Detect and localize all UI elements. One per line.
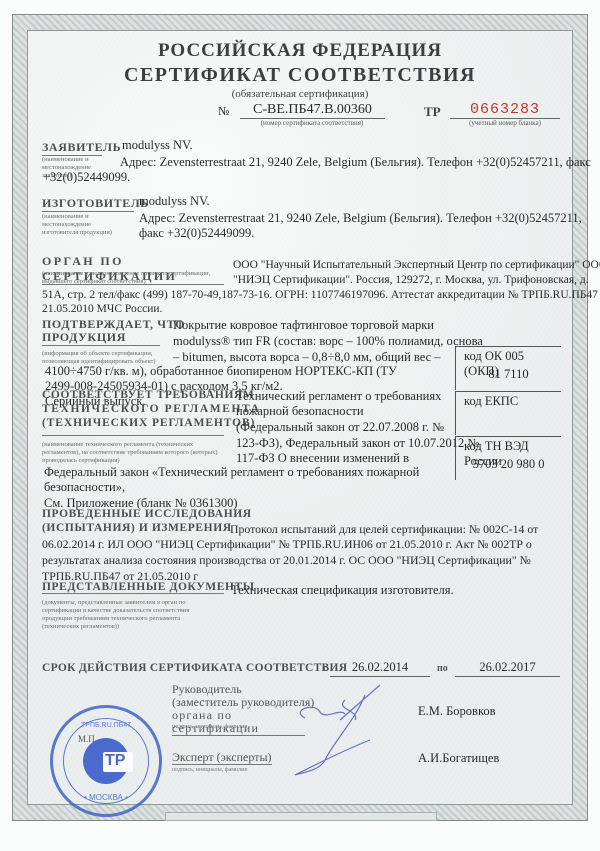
documents-label: ПРЕДСТАВЛЕННЫЕ ДОКУМЕНТЫ	[42, 581, 224, 594]
product-label-2: ПРОДУКЦИЯ	[42, 330, 160, 346]
manufacturer-caption: (наименование и местонахождение изготови…	[42, 213, 122, 237]
signature-icon	[285, 680, 395, 780]
blank-number-caption: (учетный номер бланка)	[450, 119, 560, 127]
cert-body-line1: ООО "Научный Испытательный Экспертный Це…	[233, 258, 600, 274]
bottom-microtext-strip	[165, 812, 437, 821]
stamp-mp-label: М.П.	[78, 734, 97, 744]
documents-value: Техническая спецификация изготовителя.	[231, 583, 454, 599]
stamp-city: • МОСКВА •	[53, 793, 159, 802]
cert-body-caption: (наименование и местонахождение органа п…	[42, 270, 224, 286]
regulation-line1: Технический регламент о требованиях	[236, 389, 441, 405]
validity-to: 26.02.2017	[455, 660, 560, 677]
regulation-line7: безопасности»,	[44, 480, 125, 496]
tests-label-2: (ИСПЫТАНИЯ) И ИЗМЕРЕНИЯ	[42, 522, 232, 534]
documents-caption: (документы, представленные заявителем в …	[42, 599, 207, 631]
applicant-label: ЗАЯВИТЕЛЬ	[42, 140, 102, 156]
country-title: РОССИЙСКАЯ ФЕДЕРАЦИЯ	[0, 40, 600, 62]
validity-from-label: с	[323, 663, 327, 674]
cert-body-line2: "НИЭЦ Сертификации". Россия, 129272, г. …	[233, 273, 589, 289]
validity-to-label: по	[437, 663, 448, 674]
certification-stamp: ТРПБ.RU.ПБ47 ТР • МОСКВА •	[50, 705, 162, 817]
number-sign: №	[218, 104, 229, 119]
stamp-logo-text: ТР	[105, 752, 125, 770]
certificate-number-caption: (номер сертификата соответствия)	[232, 119, 392, 127]
head-caption: подпись, инициалы, фамилия	[172, 724, 247, 730]
product-line2: modulyss® тип FR (состав: ворс – 100% по…	[173, 334, 483, 350]
manufacturer-address: Адрес: Zevensterrestraat 21, 9240 Zele, …	[139, 211, 582, 227]
regulation-caption: (наименование технического регламента (т…	[42, 441, 222, 465]
expert-name: А.И.Богатищев	[418, 751, 499, 767]
regulation-label-2: ТЕХНИЧЕСКОГО РЕГЛАМЕНТА	[42, 403, 261, 415]
certificate-title: СЕРТИФИКАТ СООТВЕТСТВИЯ	[0, 64, 600, 87]
regulation-label-3: (ТЕХНИЧЕСКИХ РЕГЛАМЕНТОВ)	[42, 417, 224, 436]
manufacturer-address-cont: факс +32(0)52449099.	[139, 226, 254, 242]
expert-label: Эксперт (эксперты)	[172, 751, 272, 765]
ekps-code-label: код ЕКПС	[464, 394, 518, 409]
product-line1: Покрытие ковровое тафтинговое торговой м…	[173, 318, 434, 334]
tests-line2: 06.02.2014 г. ИЛ ООО "НИЭЦ Сертификации"…	[42, 537, 532, 553]
tests-line3: результатах анализа состояния производст…	[42, 553, 531, 569]
certificate-subtitle: (обязательная сертификация)	[0, 88, 600, 100]
regulation-line3: (Федеральный закон от 22.07.2008 г. №	[236, 420, 444, 436]
cert-body-line4: 21.05.2010 МЧС России.	[42, 302, 162, 318]
tests-line1: Протокол испытаний для целей сертификаци…	[230, 522, 538, 538]
ekps-code-box: код ЕКПС	[455, 391, 561, 435]
expert-caption: подпись, инициалы, фамилия	[172, 767, 247, 773]
regulation-line6: Федеральный закон «Технический регламент…	[44, 465, 419, 481]
validity-from: 26.02.2014	[330, 660, 430, 677]
certificate-number: С-BE.ПБ47.В.00360	[240, 102, 385, 119]
product-line4: 4100÷4750 г/кв. м), обработанное биопире…	[45, 364, 397, 380]
tnved-code-value: 5703 20 980 0	[456, 457, 561, 472]
applicant-address: Адрес: Zevensterrestraat 21, 9240 Zele, …	[120, 155, 591, 171]
stamp-registry: ТРПБ.RU.ПБ47	[53, 722, 159, 729]
regulation-label-1: СООТВЕТСТВУЕТ ТРЕБОВАНИЯМ	[42, 389, 254, 401]
validity-label: СРОК ДЕЙСТВИЯ СЕРТИФИКАТА СООТВЕТСТВИЯ	[42, 662, 347, 674]
regulation-line4: 123-ФЗ), Федеральный закон от 10.07.2012…	[236, 436, 479, 452]
head-name: Е.М. Боровков	[418, 704, 496, 720]
blank-number: 0663283	[450, 101, 560, 119]
applicant-name: modulyss NV.	[122, 138, 193, 154]
okp-code-box: код ОК 005 (ОКП) 81 7110	[455, 346, 561, 390]
tp-label: ТР	[424, 104, 441, 120]
applicant-address-cont: +32(0)52449099.	[43, 170, 130, 186]
manufacturer-label: ИЗГОТОВИТЕЛЬ	[42, 196, 134, 212]
regulation-line2: пожарной безопасности	[236, 404, 364, 420]
okp-code-value: 81 7110	[456, 367, 561, 382]
tests-label-1: ПРОВЕДЕННЫЕ ИССЛЕДОВАНИЯ	[42, 508, 252, 520]
manufacturer-name: modulyss NV.	[139, 194, 210, 210]
